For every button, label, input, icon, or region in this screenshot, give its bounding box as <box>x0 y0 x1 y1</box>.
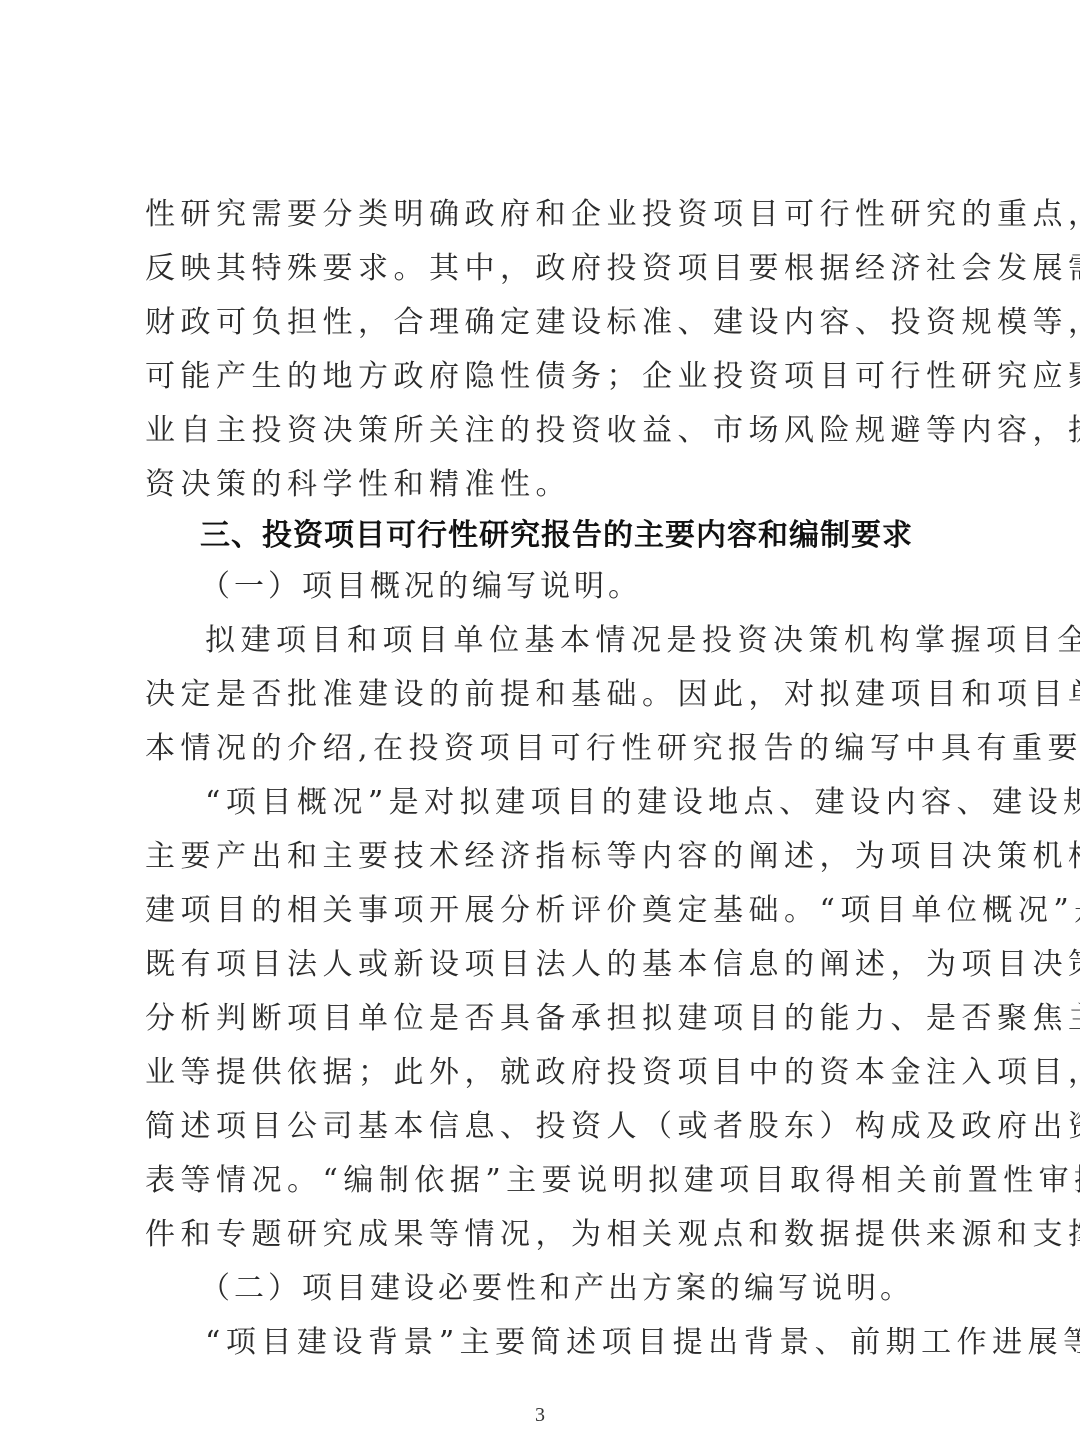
subsection-heading: （二）项目建设必要性和产出方案的编写说明。 <box>200 1262 914 1316</box>
text-line: 反映其特殊要求。其中，政府投资项目要根据经济社会发展需要和 <box>145 242 937 296</box>
text-line: 分析判断项目单位是否具备承担拟建项目的能力、是否聚焦主责主 <box>145 992 937 1046</box>
text-line: 简述项目公司基本信息、投资人（或者股东）构成及政府出资人代 <box>145 1100 937 1154</box>
text-line: 本情况的介绍,在投资项目可行性研究报告的编写中具有重要地位。 <box>145 722 937 776</box>
text-line: 业等提供依据；此外，就政府投资项目中的资本金注入项目，还需 <box>145 1046 937 1100</box>
text-line: 业自主投资决策所关注的投资收益、市场风险规避等内容，提高投 <box>145 404 937 458</box>
text-line: 决定是否批准建设的前提和基础。因此，对拟建项目和项目单位基 <box>145 668 937 722</box>
section-heading: 三、投资项目可行性研究报告的主要内容和编制要求 <box>200 509 913 563</box>
subsection-heading: （一）项目概况的编写说明。 <box>200 560 642 614</box>
text-line: 件和专题研究成果等情况，为相关观点和数据提供来源和支撑。 <box>145 1208 937 1262</box>
text-line: 拟建项目和项目单位基本情况是投资决策机构掌握项目全貌、 <box>205 614 937 668</box>
text-line: 性研究需要分类明确政府和企业投资项目可行性研究的重点，系统 <box>145 188 937 242</box>
text-line: 可能产生的地方政府隐性债务；企业投资项目可行性研究应聚焦企 <box>145 350 937 404</box>
text-line: 财政可负担性，合理确定建设标准、建设内容、投资规模等，规避 <box>145 296 937 350</box>
text-line: “项目概况”是对拟建项目的建设地点、建设内容、建设规模、 <box>205 776 937 830</box>
text-line: 建项目的相关事项开展分析评价奠定基础。“项目单位概况”是对 <box>145 884 937 938</box>
text-line: 主要产出和主要技术经济指标等内容的阐述，为项目决策机构对拟 <box>145 830 937 884</box>
document-page: 性研究需要分类明确政府和企业投资项目可行性研究的重点，系统 反映其特殊要求。其中… <box>0 0 1080 1444</box>
text-line: “项目建设背景”主要简述项目提出背景、前期工作进展等情 <box>205 1316 937 1370</box>
page-number: 3 <box>0 1404 1080 1427</box>
text-line: 既有项目法人或新设项目法人的基本信息的阐述，为项目决策机构 <box>145 938 937 992</box>
text-line: 资决策的科学性和精准性。 <box>145 458 937 512</box>
text-line: 表等情况。“编制依据”主要说明拟建项目取得相关前置性审批要 <box>145 1154 937 1208</box>
